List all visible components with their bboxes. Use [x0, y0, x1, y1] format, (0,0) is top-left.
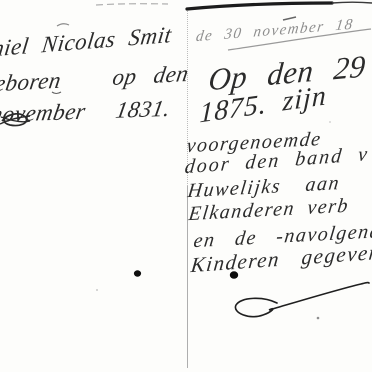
scanned-register-spread: hiel Nicolas Smit eboren op den november… — [0, 0, 372, 372]
right-page: de 30 november 18 Op den 29 1875. zijn v… — [0, 0, 372, 372]
right-crossed-header: de 30 november 18 — [195, 18, 355, 46]
